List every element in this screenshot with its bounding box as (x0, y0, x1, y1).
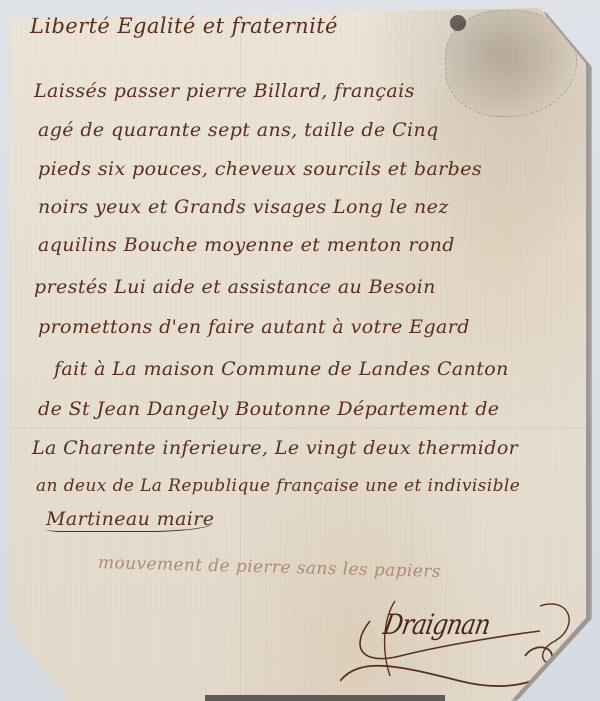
fold-crease-horizontal (10, 428, 586, 430)
text-line-9: de St Jean Dangely Boutonne Département … (38, 398, 499, 420)
text-line-5: aquilins Bouche moyenne et menton rond (38, 234, 455, 256)
text-line-6: prestés Lui aide et assistance au Besoin (34, 276, 436, 298)
ink-blot (450, 15, 466, 31)
mayor-name-text: Martineau maire (46, 508, 214, 532)
text-line-8: fait à La maison Commune de Landes Canto… (54, 358, 509, 380)
document-sheet: Liberté Egalité et fraternité Laissés pa… (10, 8, 586, 701)
mayor-name: Martineau maire (46, 508, 214, 530)
fold-crease-vertical (240, 8, 242, 701)
faint-annotation: mouvement de pierre sans les papiers (98, 553, 441, 582)
text-line-2: agé de quarante sept ans, taille de Cinq (38, 119, 439, 141)
text-line-4: noirs yeux et Grands visages Long le nez (38, 196, 449, 218)
heading-motto: Liberté Egalité et fraternité (30, 14, 338, 38)
text-line-1: Laissés passer pierre Billard, français (34, 80, 415, 102)
text-line-7: promettons d'en faire autant à votre Ega… (38, 316, 470, 338)
frame-edge (205, 695, 445, 701)
text-line-3: pieds six pouces, cheveux sourcils et ba… (38, 158, 482, 180)
text-line-11: an deux de La Republique française une e… (36, 476, 520, 496)
text-line-10: La Charente inferieure, Le vingt deux th… (32, 437, 518, 459)
signature-name: Draignan (381, 608, 493, 641)
